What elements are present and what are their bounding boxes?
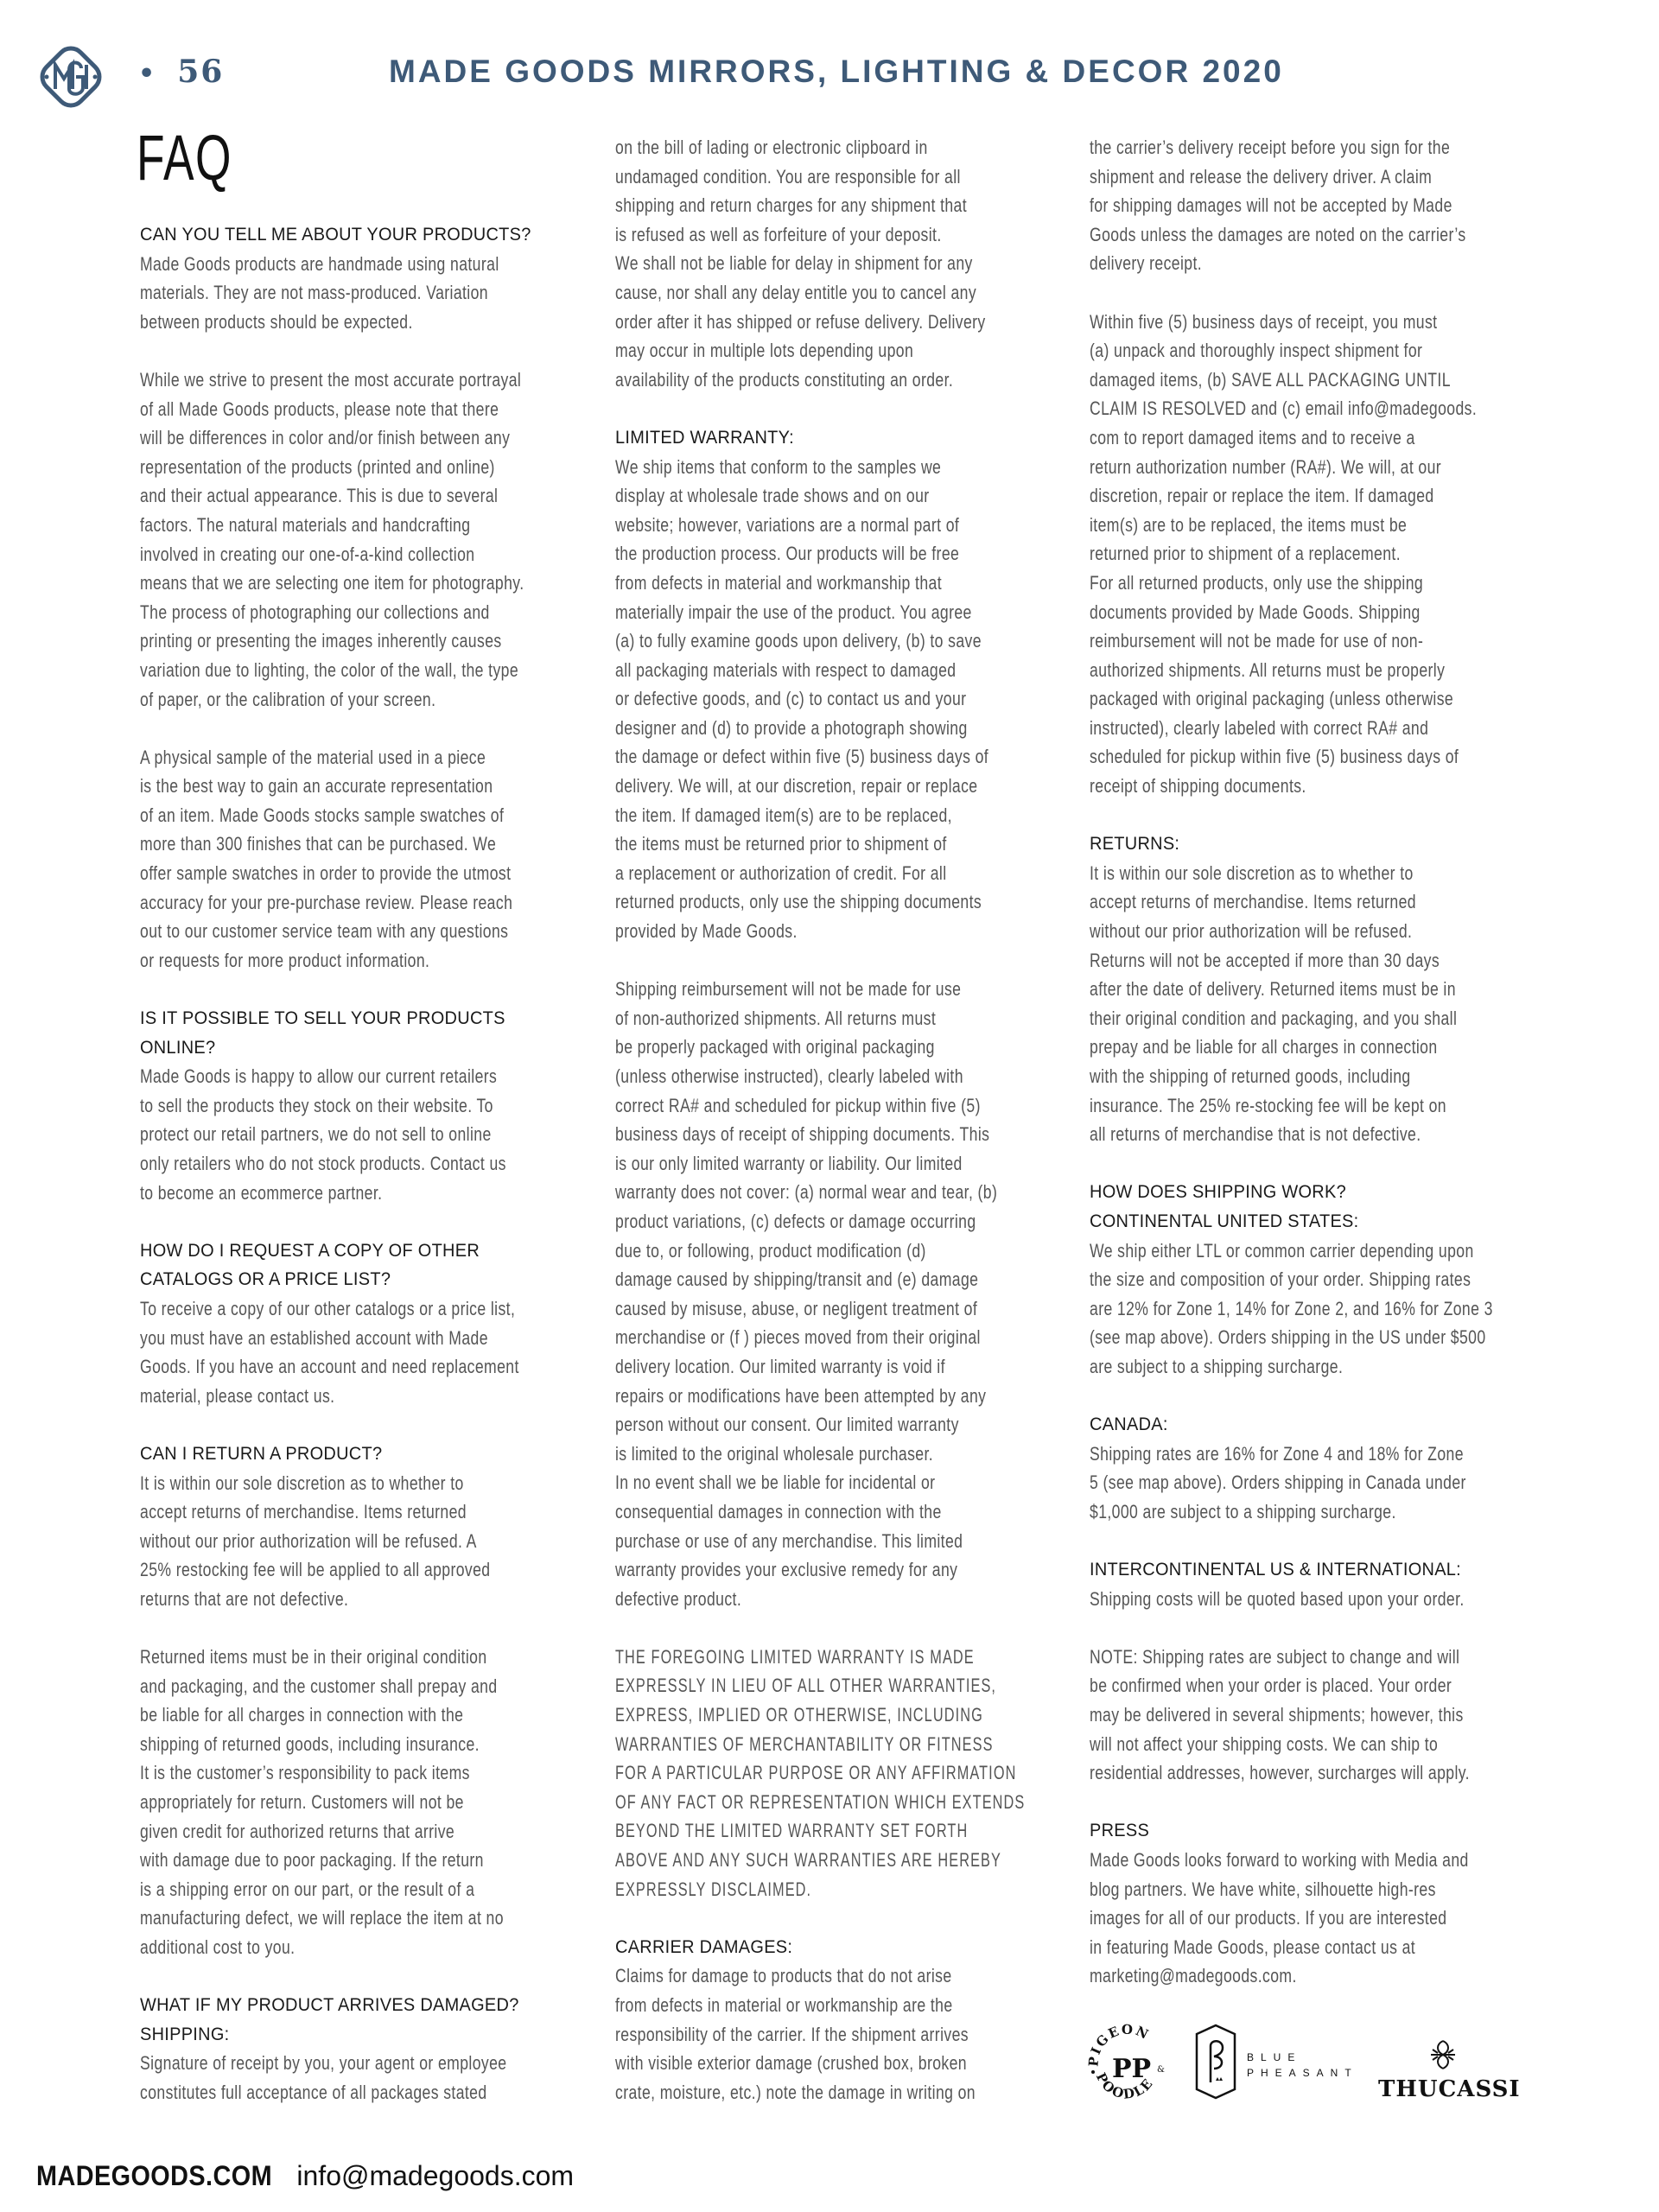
text-line: display at wholesale trade shows and on … bbox=[615, 481, 1016, 511]
text-line: materially impair the use of the product… bbox=[615, 598, 1016, 627]
faq-question-heading: RETURNS: bbox=[1090, 829, 1591, 859]
text-line: or requests for more product information… bbox=[140, 946, 541, 976]
text-line: without our prior authorization will be … bbox=[140, 1527, 541, 1556]
text-line: is refused as well as forfeiture of your… bbox=[615, 220, 1016, 250]
text-line: INTERCONTINENTAL US & INTERNATIONAL: bbox=[1090, 1555, 1566, 1585]
faq-question-heading: PRESS bbox=[1090, 1816, 1591, 1846]
text-line: you must have an established account wit… bbox=[140, 1324, 541, 1353]
text-line: Goods. If you have an account and need r… bbox=[140, 1352, 541, 1382]
text-line: purchase or use of any merchandise. This… bbox=[615, 1527, 1016, 1556]
text-line: Made Goods looks forward to working with… bbox=[1090, 1846, 1491, 1875]
text-line: is a shipping error on our part, or the … bbox=[140, 1875, 541, 1904]
text-line: defective product. bbox=[615, 1585, 1016, 1614]
text-line: ABOVE AND ANY SUCH WARRANTIES ARE HEREBY bbox=[615, 1846, 986, 1875]
text-line: WARRANTIES OF MERCHANTABILITY OR FITNESS bbox=[615, 1730, 986, 1759]
text-line: involved in creating our one-of-a-kind c… bbox=[140, 540, 541, 569]
text-line: responsibility of the carrier. If the sh… bbox=[615, 2020, 1016, 2050]
text-line: delivery location. Our limited warranty … bbox=[615, 1352, 1016, 1382]
text-line: availability of the products constitutin… bbox=[615, 365, 1016, 395]
text-line: discretion, repair or replace the item. … bbox=[1090, 481, 1491, 511]
text-line: We shall not be liable for delay in ship… bbox=[615, 249, 1016, 278]
text-line: only retailers who do not stock products… bbox=[140, 1149, 541, 1179]
text-line: with damage due to poor packaging. If th… bbox=[140, 1846, 541, 1875]
faq-question-heading: CAN YOU TELL ME ABOUT YOUR PRODUCTS? bbox=[140, 220, 641, 250]
text-line: are 12% for Zone 1, 14% for Zone 2, and … bbox=[1090, 1294, 1491, 1324]
text-line: (unless otherwise instructed), clearly l… bbox=[615, 1062, 1016, 1091]
faq-question-heading: CARRIER DAMAGES: bbox=[615, 1933, 1116, 1962]
faq-question-heading: INTERCONTINENTAL US & INTERNATIONAL: bbox=[1090, 1555, 1591, 1585]
paragraph-gap bbox=[1090, 1382, 1591, 1411]
text-line: representation of the products (printed … bbox=[140, 453, 541, 482]
text-line: on the bill of lading or electronic clip… bbox=[615, 133, 1016, 162]
text-line: EXPRESSLY IN LIEU OF ALL OTHER WARRANTIE… bbox=[615, 1671, 986, 1700]
text-line: Goods unless the damages are noted on th… bbox=[1090, 220, 1491, 250]
text-line: person without our consent. Our limited … bbox=[615, 1410, 1016, 1440]
text-line: OF ANY FACT OR REPRESENTATION WHICH EXTE… bbox=[615, 1788, 986, 1817]
text-line: warranty does not cover: (a) normal wear… bbox=[615, 1178, 1016, 1207]
footer-website-link[interactable]: MADEGOODS.COM bbox=[36, 2160, 272, 2192]
text-line: shipment and release the delivery driver… bbox=[1090, 162, 1491, 192]
text-line: 5 (see map above). Orders shipping in Ca… bbox=[1090, 1468, 1491, 1497]
text-line: com to report damaged items and to recei… bbox=[1090, 423, 1491, 453]
paragraph-gap bbox=[1090, 1788, 1591, 1817]
thucassi-wordmark: THUCASSI bbox=[1378, 2076, 1508, 2102]
text-line: CAN YOU TELL ME ABOUT YOUR PRODUCTS? bbox=[140, 220, 616, 250]
faq-paragraph: Returned items must be in their original… bbox=[140, 1643, 641, 1962]
faq-question-heading: HOW DOES SHIPPING WORK?CONTINENTAL UNITE… bbox=[1090, 1178, 1591, 1236]
text-line: of an item. Made Goods stocks sample swa… bbox=[140, 801, 541, 830]
text-line: EXPRESS, IMPLIED OR OTHERWISE, INCLUDING bbox=[615, 1700, 986, 1730]
faq-paragraph: While we strive to present the most accu… bbox=[140, 365, 641, 714]
text-line: crate, moisture, etc.) note the damage i… bbox=[615, 2078, 1016, 2107]
text-line: given credit for authorized returns that… bbox=[140, 1817, 541, 1847]
faq-paragraph: We ship either LTL or common carrier dep… bbox=[1090, 1236, 1591, 1382]
paragraph-gap bbox=[140, 1614, 641, 1643]
faq-question-heading: CANADA: bbox=[1090, 1410, 1591, 1440]
paragraph-gap bbox=[615, 1904, 1116, 1933]
faq-paragraph: It is within our sole discretion as to w… bbox=[140, 1469, 641, 1614]
text-line: Claims for damage to products that do no… bbox=[615, 1961, 1016, 1991]
blue-pheasant-logo-icon bbox=[1195, 2024, 1236, 2100]
text-line: CANADA: bbox=[1090, 1410, 1566, 1440]
text-line: means that we are selecting one item for… bbox=[140, 569, 541, 598]
text-line: shipping and return charges for any ship… bbox=[615, 191, 1016, 220]
text-line: the carrier’s delivery receipt before yo… bbox=[1090, 133, 1491, 162]
text-line: all returns of merchandise that is not d… bbox=[1090, 1120, 1491, 1149]
text-line: from defects in material and workmanship… bbox=[615, 569, 1016, 598]
faq-paragraph: We ship items that conform to the sample… bbox=[615, 453, 1116, 946]
text-line: the item. If damaged item(s) are to be r… bbox=[615, 801, 1016, 830]
paragraph-gap bbox=[615, 946, 1116, 976]
text-line: website; however, variations are a norma… bbox=[615, 511, 1016, 540]
text-line: We ship items that conform to the sample… bbox=[615, 453, 1016, 482]
text-line: Returns will not be accepted if more tha… bbox=[1090, 946, 1491, 976]
text-line: returns that are not defective. bbox=[140, 1585, 541, 1614]
text-line: additional cost to you. bbox=[140, 1933, 541, 1962]
text-line: It is within our sole discretion as to w… bbox=[140, 1469, 541, 1498]
text-line: documents provided by Made Goods. Shippi… bbox=[1090, 598, 1491, 627]
text-line: EXPRESSLY DISCLAIMED. bbox=[615, 1875, 986, 1904]
text-line: accept returns of merchandise. Items ret… bbox=[1090, 887, 1491, 917]
thucassi-logo: THUCASSI bbox=[1378, 2039, 1508, 2102]
faq-paragraph: NOTE: Shipping rates are subject to chan… bbox=[1090, 1643, 1591, 1788]
text-line: may be delivered in several shipments; h… bbox=[1090, 1700, 1491, 1730]
text-line: While we strive to present the most accu… bbox=[140, 365, 541, 395]
text-line: repairs or modifications have been attem… bbox=[615, 1382, 1016, 1411]
faq-paragraph: Shipping rates are 16% for Zone 4 and 18… bbox=[1090, 1440, 1591, 1527]
text-line: Made Goods is happy to allow our current… bbox=[140, 1062, 541, 1091]
paragraph-gap bbox=[1090, 1613, 1591, 1643]
text-line: images for all of our products. If you a… bbox=[1090, 1904, 1491, 1933]
text-line: CLAIM IS RESOLVED and (c) email info@mad… bbox=[1090, 394, 1491, 423]
text-line: The process of photographing our collect… bbox=[140, 598, 541, 627]
text-line: will not affect your shipping costs. We … bbox=[1090, 1730, 1491, 1759]
text-line: IS IT POSSIBLE TO SELL YOUR PRODUCTS bbox=[140, 1004, 616, 1033]
text-line: manufacturing defect, we will replace th… bbox=[140, 1904, 541, 1933]
paragraph-gap bbox=[1090, 1149, 1591, 1179]
made-goods-monogram-icon bbox=[33, 39, 109, 115]
faq-paragraph: Shipping reimbursement will not be made … bbox=[615, 975, 1116, 1613]
faq-column-3: the carrier’s delivery receipt before yo… bbox=[1090, 133, 1591, 1991]
text-line: be properly packaged with original packa… bbox=[615, 1033, 1016, 1062]
paragraph-gap bbox=[140, 1410, 641, 1440]
text-line: return authorization number (RA#). We wi… bbox=[1090, 453, 1491, 482]
text-line: undamaged condition. You are responsible… bbox=[615, 162, 1016, 192]
text-line: in featuring Made Goods, please contact … bbox=[1090, 1933, 1491, 1962]
faq-paragraph: It is within our sole discretion as to w… bbox=[1090, 859, 1591, 1149]
text-line: cause, nor shall any delay entitle you t… bbox=[615, 278, 1016, 308]
text-line: instructed), clearly labeled with correc… bbox=[1090, 714, 1491, 743]
text-line: business days of receipt of shipping doc… bbox=[615, 1120, 1016, 1149]
text-line: of non-authorized shipments. All returns… bbox=[615, 1004, 1016, 1033]
text-line: PRESS bbox=[1090, 1816, 1566, 1846]
text-line: be liable for all charges in connection … bbox=[140, 1700, 541, 1730]
text-line: returned prior to shipment of a replacem… bbox=[1090, 539, 1491, 569]
text-line: from defects in material or workmanship … bbox=[615, 1991, 1016, 2020]
text-line: Within five (5) business days of receipt… bbox=[1090, 308, 1491, 337]
paragraph-gap bbox=[140, 714, 641, 743]
text-line: designer and (d) to provide a photograph… bbox=[615, 714, 1016, 743]
paragraph-gap bbox=[140, 336, 641, 365]
footer-email-link[interactable]: info@madegoods.com bbox=[296, 2160, 574, 2191]
text-line: merchandise or (f ) pieces moved from th… bbox=[615, 1323, 1016, 1352]
paragraph-gap bbox=[1090, 1527, 1591, 1556]
text-line: (a) unpack and thoroughly inspect shipme… bbox=[1090, 336, 1491, 365]
text-line: consequential damages in connection with… bbox=[615, 1497, 1016, 1527]
text-line: are subject to a shipping surcharge. bbox=[1090, 1352, 1491, 1382]
text-line: For all returned products, only use the … bbox=[1090, 569, 1491, 598]
text-line: It is within our sole discretion as to w… bbox=[1090, 859, 1491, 888]
text-line: the damage or defect within five (5) bus… bbox=[615, 742, 1016, 772]
paragraph-gap bbox=[1090, 278, 1591, 308]
page-number: •56 bbox=[138, 54, 224, 90]
text-line: shipping of returned goods, including in… bbox=[140, 1730, 541, 1759]
faq-question-heading: WHAT IF MY PRODUCT ARRIVES DAMAGED?SHIPP… bbox=[140, 1991, 641, 2049]
text-line: delivery receipt. bbox=[1090, 249, 1491, 278]
text-line: It is the customer’s responsibility to p… bbox=[140, 1758, 541, 1788]
faq-paragraph: Made Goods looks forward to working with… bbox=[1090, 1846, 1591, 1991]
text-line: insurance. The 25% re-stocking fee will … bbox=[1090, 1091, 1491, 1121]
separator: • bbox=[138, 59, 156, 89]
text-line: variation due to lighting, the color of … bbox=[140, 656, 541, 685]
text-line: item(s) are to be replaced, the items mu… bbox=[1090, 511, 1491, 540]
text-line: THE FOREGOING LIMITED WARRANTY IS MADE bbox=[615, 1643, 986, 1672]
text-line: A physical sample of the material used i… bbox=[140, 743, 541, 772]
text-line: marketing@madegoods.com. bbox=[1090, 1961, 1491, 1991]
text-line: CATALOGS OR A PRICE LIST? bbox=[140, 1265, 616, 1294]
faq-paragraph: on the bill of lading or electronic clip… bbox=[615, 133, 1116, 394]
text-line: Signature of receipt by you, your agent … bbox=[140, 2049, 541, 2078]
text-line: receipt of shipping documents. bbox=[1090, 772, 1491, 801]
text-line: will be differences in color and/or fini… bbox=[140, 423, 541, 453]
paragraph-gap bbox=[140, 1962, 641, 1992]
text-line: We ship either LTL or common carrier dep… bbox=[1090, 1236, 1491, 1266]
text-line: HOW DOES SHIPPING WORK? bbox=[1090, 1178, 1566, 1207]
faq-paragraph: the carrier’s delivery receipt before yo… bbox=[1090, 133, 1591, 278]
text-line: damaged items, (b) SAVE ALL PACKAGING UN… bbox=[1090, 365, 1491, 395]
text-line: after the date of delivery. Returned ite… bbox=[1090, 975, 1491, 1004]
text-line: and their actual appearance. This is due… bbox=[140, 481, 541, 511]
text-line: and packaging, and the customer shall pr… bbox=[140, 1672, 541, 1701]
text-line: caused by misuse, abuse, or negligent tr… bbox=[615, 1294, 1016, 1324]
text-line: be confirmed when your order is placed. … bbox=[1090, 1671, 1491, 1700]
text-line: LIMITED WARRANTY: bbox=[615, 423, 1091, 453]
text-line: may occur in multiple lots depending upo… bbox=[615, 336, 1016, 365]
blue-pheasant-line2: PHEASANT bbox=[1247, 2065, 1358, 2081]
faq-question-heading: IS IT POSSIBLE TO SELL YOUR PRODUCTSONLI… bbox=[140, 1004, 641, 1062]
paragraph-gap bbox=[140, 975, 641, 1004]
faq-paragraph: Claims for damage to products that do no… bbox=[615, 1961, 1116, 2107]
text-line: their original condition and packaging, … bbox=[1090, 1004, 1491, 1033]
text-line: order after it has shipped or refuse del… bbox=[615, 308, 1016, 337]
faq-question-heading: HOW DO I REQUEST A COPY OF OTHERCATALOGS… bbox=[140, 1236, 641, 1294]
text-line: BEYOND THE LIMITED WARRANTY SET FORTH bbox=[615, 1816, 986, 1846]
text-line: due to, or following, product modificati… bbox=[615, 1236, 1016, 1266]
text-line: correct RA# and scheduled for pickup wit… bbox=[615, 1091, 1016, 1121]
faq-paragraph: Shipping costs will be quoted based upon… bbox=[1090, 1585, 1591, 1614]
text-line: damage caused by shipping/transit and (e… bbox=[615, 1265, 1016, 1294]
text-line: to sell the products they stock on their… bbox=[140, 1091, 541, 1121]
text-line: the size and composition of your order. … bbox=[1090, 1265, 1491, 1294]
faq-question-heading: LIMITED WARRANTY: bbox=[615, 423, 1116, 453]
text-line: 25% restocking fee will be applied to al… bbox=[140, 1555, 541, 1585]
svg-text:&: & bbox=[1157, 2065, 1165, 2075]
text-line: with visible exterior damage (crushed bo… bbox=[615, 2049, 1016, 2078]
faq-paragraph: Signature of receipt by you, your agent … bbox=[140, 2049, 641, 2107]
brand-logos: PIGEON POODLE & PP BLUE PHEASANT THUCASS… bbox=[1084, 2022, 1534, 2117]
text-line: more than 300 finishes that can be purch… bbox=[140, 829, 541, 859]
text-line: the items must be returned prior to ship… bbox=[615, 829, 1016, 859]
text-line: HOW DO I REQUEST A COPY OF OTHER bbox=[140, 1236, 616, 1266]
text-line: material, please contact us. bbox=[140, 1382, 541, 1411]
text-line: ONLINE? bbox=[140, 1033, 616, 1063]
text-line: or defective goods, and (c) to contact u… bbox=[615, 684, 1016, 714]
text-line: provided by Made Goods. bbox=[615, 917, 1016, 946]
text-line: offer sample swatches in order to provid… bbox=[140, 859, 541, 888]
text-line: with the shipping of returned goods, inc… bbox=[1090, 1062, 1491, 1091]
paragraph-gap bbox=[1090, 801, 1591, 830]
text-line: To receive a copy of our other catalogs … bbox=[140, 1294, 541, 1324]
text-line: In no event shall we be liable for incid… bbox=[615, 1468, 1016, 1497]
text-line: delivery. We will, at our discretion, re… bbox=[615, 772, 1016, 801]
text-line: prepay and be liable for all charges in … bbox=[1090, 1033, 1491, 1062]
text-line: of all Made Goods products, please note … bbox=[140, 395, 541, 424]
text-line: NOTE: Shipping rates are subject to chan… bbox=[1090, 1643, 1491, 1672]
faq-paragraph: A physical sample of the material used i… bbox=[140, 743, 641, 976]
faq-column-1: CAN YOU TELL ME ABOUT YOUR PRODUCTS?Made… bbox=[140, 220, 641, 2107]
paragraph-gap bbox=[140, 1207, 641, 1236]
text-line: (see map above). Orders shipping in the … bbox=[1090, 1323, 1491, 1352]
faq-column-2: on the bill of lading or electronic clip… bbox=[615, 133, 1116, 2107]
text-line: CONTINENTAL UNITED STATES: bbox=[1090, 1207, 1566, 1236]
text-line: for shipping damages will not be accepte… bbox=[1090, 191, 1491, 220]
page-title: FAQ bbox=[137, 121, 232, 194]
text-line: product variations, (c) defects or damag… bbox=[615, 1207, 1016, 1236]
text-line: printing or presenting the images inhere… bbox=[140, 626, 541, 656]
text-line: RETURNS: bbox=[1090, 829, 1566, 859]
text-line: CARRIER DAMAGES: bbox=[615, 1933, 1091, 1962]
text-line: factors. The natural materials and handc… bbox=[140, 511, 541, 540]
text-line: appropriately for return. Customers will… bbox=[140, 1788, 541, 1817]
text-line: Shipping reimbursement will not be made … bbox=[615, 975, 1016, 1004]
text-line: Shipping rates are 16% for Zone 4 and 18… bbox=[1090, 1440, 1491, 1469]
text-line: Made Goods products are handmade using n… bbox=[140, 250, 541, 279]
blue-pheasant-line1: BLUE bbox=[1247, 2050, 1358, 2065]
text-line: Shipping costs will be quoted based upon… bbox=[1090, 1585, 1491, 1614]
paragraph-gap bbox=[615, 1613, 1116, 1643]
text-line: returned products, only use the shipping… bbox=[615, 887, 1016, 917]
text-line: to become an ecommerce partner. bbox=[140, 1179, 541, 1208]
text-line: constitutes full acceptance of all packa… bbox=[140, 2078, 541, 2107]
thucassi-logo-icon bbox=[1427, 2039, 1459, 2070]
faq-paragraph: Within five (5) business days of receipt… bbox=[1090, 308, 1591, 801]
faq-paragraph: Made Goods is happy to allow our current… bbox=[140, 1062, 641, 1207]
text-line: all packaging materials with respect to … bbox=[615, 656, 1016, 685]
faq-paragraph: To receive a copy of our other catalogs … bbox=[140, 1294, 641, 1410]
text-line: the production process. Our products wil… bbox=[615, 539, 1016, 569]
text-line: without our prior authorization will be … bbox=[1090, 917, 1491, 946]
text-line: SHIPPING: bbox=[140, 2020, 616, 2050]
text-line: is the best way to gain an accurate repr… bbox=[140, 772, 541, 801]
text-line: blog partners. We have white, silhouette… bbox=[1090, 1875, 1491, 1904]
text-line: warranty provides your exclusive remedy … bbox=[615, 1555, 1016, 1585]
warranty-disclaimer: THE FOREGOING LIMITED WARRANTY IS MADEEX… bbox=[615, 1643, 1116, 1904]
text-line: materials. They are not mass-produced. V… bbox=[140, 278, 541, 308]
faq-paragraph: Made Goods products are handmade using n… bbox=[140, 250, 641, 337]
paragraph-gap bbox=[615, 394, 1116, 423]
text-line: Returned items must be in their original… bbox=[140, 1643, 541, 1672]
pigeon-poodle-logo-icon: PIGEON POODLE & PP bbox=[1084, 2022, 1171, 2108]
text-line: (a) to fully examine goods upon delivery… bbox=[615, 626, 1016, 656]
text-line: of paper, or the calibration of your scr… bbox=[140, 685, 541, 715]
text-line: accept returns of merchandise. Items ret… bbox=[140, 1497, 541, 1527]
text-line: is limited to the original wholesale pur… bbox=[615, 1440, 1016, 1469]
text-line: FOR A PARTICULAR PURPOSE OR ANY AFFIRMAT… bbox=[615, 1758, 986, 1788]
text-line: reimbursement will not be made for use o… bbox=[1090, 626, 1491, 656]
text-line: a replacement or authorization of credit… bbox=[615, 859, 1016, 888]
catalog-title: MADE GOODS MIRRORS, LIGHTING & DECOR 202… bbox=[389, 54, 1284, 90]
text-line: between products should be expected. bbox=[140, 308, 541, 337]
faq-question-heading: CAN I RETURN A PRODUCT? bbox=[140, 1440, 641, 1469]
text-line: CAN I RETURN A PRODUCT? bbox=[140, 1440, 616, 1469]
footer: MADEGOODS.COM info@madegoods.com bbox=[36, 2160, 574, 2192]
svg-text:PP: PP bbox=[1112, 2054, 1151, 2084]
text-line: is our only limited warranty or liabilit… bbox=[615, 1149, 1016, 1179]
text-line: out to our customer service team with an… bbox=[140, 917, 541, 946]
page-number-value: 56 bbox=[177, 54, 224, 90]
text-line: authorized shipments. All returns must b… bbox=[1090, 656, 1491, 685]
text-line: residential addresses, however, surcharg… bbox=[1090, 1758, 1491, 1788]
text-line: $1,000 are subject to a shipping surchar… bbox=[1090, 1497, 1491, 1527]
text-line: scheduled for pickup within five (5) bus… bbox=[1090, 742, 1491, 772]
text-line: packaged with original packaging (unless… bbox=[1090, 684, 1491, 714]
text-line: protect our retail partners, we do not s… bbox=[140, 1120, 541, 1149]
text-line: accuracy for your pre-purchase review. P… bbox=[140, 888, 541, 918]
text-line: WHAT IF MY PRODUCT ARRIVES DAMAGED? bbox=[140, 1991, 616, 2020]
